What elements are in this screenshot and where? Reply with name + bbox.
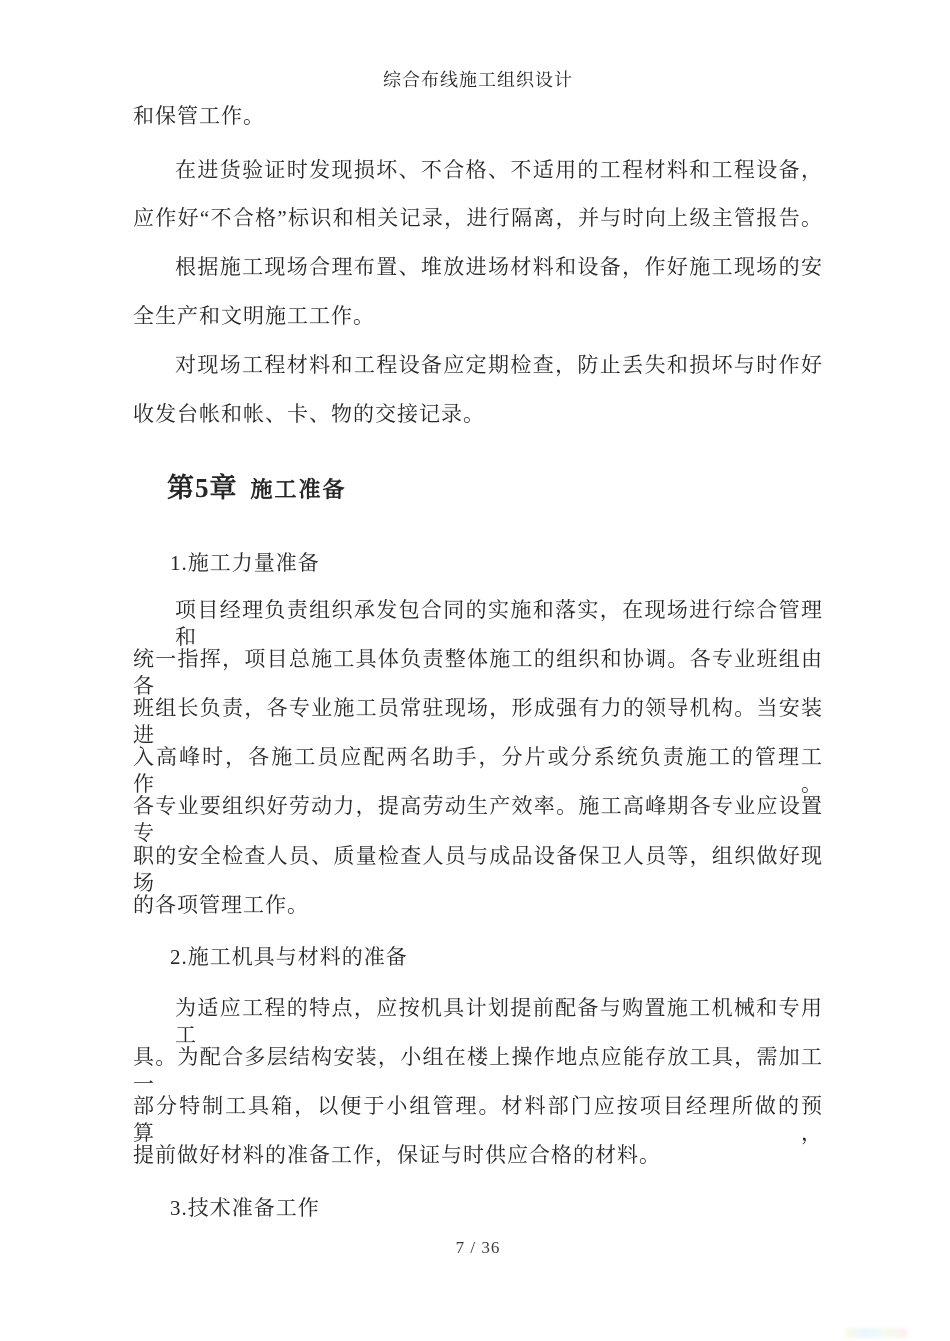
body-line: 全生产和文明施工工作。: [133, 303, 823, 330]
body-line: 各专业要组织好劳动力，提高劳动生产效率。施工高峰期各专业应设置专: [133, 793, 823, 847]
body-line: 项目经理负责组织承发包合同的实施和落实，在现场进行综合管理和: [133, 597, 823, 651]
chapter-heading: 第5章施工准备: [167, 466, 347, 505]
body-line: 根据施工现场合理布置、堆放进场材料和设备，作好施工现场的安: [133, 254, 823, 281]
body-line: 职的安全检查人员、质量检查人员与成品设备保卫人员等，组织做好现场: [133, 843, 823, 897]
body-line: 应作好“不合格”标识和相关记录，进行隔离，并与时向上级主管报告。: [133, 205, 823, 232]
running-header-title: 综合布线施工组织设计: [133, 66, 823, 92]
body-line: 提前做好材料的准备工作，保证与时供应合格的材料。: [133, 1142, 823, 1169]
body-line: 部分特制工具箱，以便于小组管理。材料部门应按项目经理所做的预算，: [133, 1093, 823, 1147]
body-line: 收发台帐和帐、卡、物的交接记录。: [133, 401, 823, 428]
body-line: 和保管工作。: [133, 103, 823, 130]
subsection-heading-2: 2.施工机具与材料的准备: [170, 941, 408, 971]
document-page: 综合布线施工组织设计 和保管工作。 在进货验证时发现损坏、不合格、不适用的工程材…: [0, 0, 950, 1341]
body-line: 具。为配合多层结构安装，小组在楼上操作地点应能存放工具，需加工一: [133, 1044, 823, 1098]
chapter-number: 第5章: [167, 473, 238, 503]
body-line: 统一指挥，项目总施工具体负责整体施工的组织和协调。各专业班组由各: [133, 646, 823, 700]
body-line: 的各项管理工作。: [133, 892, 823, 919]
body-line: 班组长负责，各专业施工员常驻现场，形成强有力的领导机构。当安装进: [133, 695, 823, 749]
body-line: 对现场工程材料和工程设备应定期检查，防止丢失和损坏与时作好: [133, 352, 823, 379]
page-number: 7 / 36: [133, 1238, 823, 1258]
faint-watermark: [845, 1328, 907, 1338]
body-line: 在进货验证时发现损坏、不合格、不适用的工程材料和工程设备，: [133, 157, 823, 184]
body-line: 为适应工程的特点，应按机具计划提前配备与购置施工机械和专用工: [133, 995, 823, 1049]
chapter-title: 施工准备: [251, 477, 347, 502]
subsection-heading-3: 3.技术准备工作: [170, 1192, 320, 1222]
subsection-heading-1: 1.施工力量准备: [170, 547, 320, 577]
body-line: 入高峰时，各施工员应配两名助手，分片或分系统负责施工的管理工作。: [133, 744, 823, 798]
